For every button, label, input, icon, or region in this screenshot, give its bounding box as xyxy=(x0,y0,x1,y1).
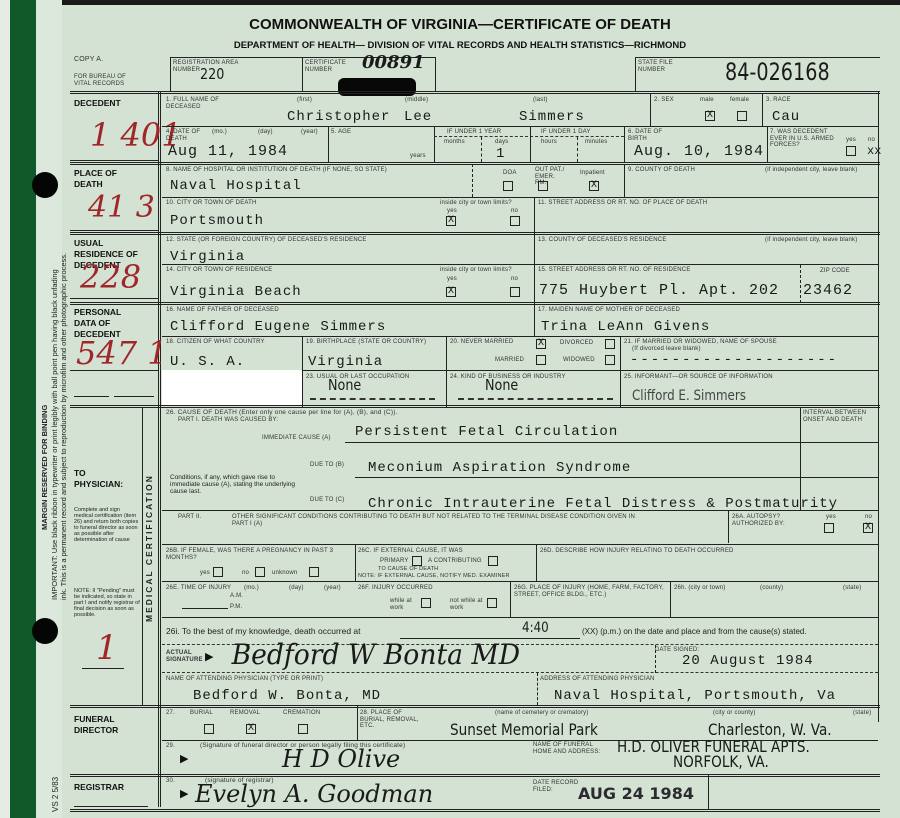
divider xyxy=(624,164,625,197)
cause-b-value: Meconium Aspiration Syndrome xyxy=(368,460,631,476)
divider xyxy=(70,298,158,299)
form-code: VS 2 5/83 xyxy=(51,777,60,812)
pm-label: P.M. xyxy=(230,604,242,611)
no-label: no xyxy=(511,208,518,215)
actual-signature-label: ACTUAL SIGNATURE xyxy=(166,650,206,663)
no-label: no xyxy=(868,137,875,144)
section-place-of-death: PLACE OF DEATH xyxy=(74,168,134,190)
external-cause-label: 26c. IF EXTERNAL CAUSE, IT WAS xyxy=(358,548,463,555)
divider xyxy=(355,477,800,478)
divider xyxy=(70,405,880,408)
date-signed-value: 20 August 1984 xyxy=(682,653,814,669)
part1-label: PART I. DEATH WAS CAUSED BY: xyxy=(178,417,278,424)
armed-forces-no-mark[interactable]: xx xyxy=(867,144,881,158)
not-while-at-work-checkbox[interactable] xyxy=(487,598,497,608)
decedent-first-name: Christopher xyxy=(287,109,390,125)
divider xyxy=(534,197,535,232)
divider xyxy=(74,396,109,397)
divider xyxy=(650,94,651,127)
yes-label: yes xyxy=(826,514,836,521)
city-of-death-label: 10. CITY OR TOWN OF DEATH xyxy=(166,200,257,207)
age-days-value: 1 xyxy=(496,146,505,162)
birthplace-value: Virginia xyxy=(308,354,383,370)
divider xyxy=(534,303,535,337)
divider xyxy=(302,337,303,407)
registrar-signature: Evelyn A. Goodman xyxy=(195,780,433,808)
contributing-checkbox[interactable] xyxy=(488,556,498,566)
pending-note: NOTE: II "Pending" must be indicated, so… xyxy=(74,588,140,618)
divider xyxy=(355,545,356,582)
copy-label: COPY A. xyxy=(74,57,103,64)
divider xyxy=(114,396,154,397)
informant-label: 25. INFORMANT—OR SOURCE OF INFORMATION xyxy=(624,374,773,381)
primary-checkbox[interactable] xyxy=(412,556,422,566)
divider xyxy=(82,668,124,669)
year-label: (year) xyxy=(324,585,341,592)
residence-city-limits-label: inside city or town limits? xyxy=(440,267,512,274)
middle-label: (middle) xyxy=(405,97,428,104)
injury-occurred-label: 26f. INJURY OCCURRED xyxy=(358,585,433,592)
scan-edge xyxy=(0,0,900,5)
city-of-death-value: Portsmouth xyxy=(170,213,264,229)
doa-checkbox[interactable] xyxy=(503,181,513,191)
cremation-checkbox[interactable] xyxy=(298,724,308,734)
important-note-2: ink. This is a permanent record and subj… xyxy=(59,253,68,600)
am-label: A.M. xyxy=(230,593,243,600)
section-funeral-director: FUNERAL DIRECTOR xyxy=(74,714,134,736)
hospital-label: 8. NAME OF HOSPITAL OR INSTITUTION OF DE… xyxy=(166,167,387,174)
city-limits-label: inside city or town limits? xyxy=(440,200,512,207)
disposition-label: 27. xyxy=(166,710,175,717)
divider xyxy=(481,137,482,162)
section-decedent: DECEDENT xyxy=(74,98,121,109)
arrow-right-icon: ▶ xyxy=(205,650,213,663)
date-of-death-label: 4. DATE OF DEATH xyxy=(166,129,211,142)
mo-label: (mo.) xyxy=(212,129,227,136)
due-to-b-label: DUE TO (B) xyxy=(310,462,344,469)
pregnancy-no-label: no xyxy=(242,570,249,577)
divider xyxy=(158,92,161,807)
injury-state-label: (state) xyxy=(843,585,861,592)
divider xyxy=(70,809,880,812)
county-of-death-label: 9. COUNTY OF DEATH xyxy=(628,167,695,174)
father-value: Clifford Eugene Simmers xyxy=(170,319,386,335)
physician-address-value: Naval Hospital, Portsmouth, Va xyxy=(554,688,836,704)
divider xyxy=(162,197,878,198)
divider xyxy=(70,774,880,777)
informant-value: Clifford E. Simmers xyxy=(632,388,746,404)
no-label: no xyxy=(865,514,872,521)
divider xyxy=(70,230,158,231)
whiteout-area xyxy=(162,370,302,405)
divider xyxy=(162,264,878,265)
divider xyxy=(800,407,801,510)
hours-label: hours xyxy=(541,139,557,146)
zip-label: ZIP CODE xyxy=(820,268,850,275)
mother-value: Trina LeAnn Givens xyxy=(541,319,710,335)
pregnancy-unknown-label: unknown xyxy=(272,570,297,577)
injury-county-label: (county) xyxy=(760,585,783,592)
outpatient-checkbox[interactable] xyxy=(538,181,548,191)
under-1-day-label: IF UNDER 1 DAY xyxy=(541,129,591,136)
physician-signature: Bedford W Bonta MD xyxy=(232,638,520,671)
sex-female-checkbox[interactable] xyxy=(737,111,747,121)
autopsy-label: 26a. AUTOPSY? AUTHORIZED BY: xyxy=(732,514,802,527)
divider xyxy=(345,442,800,443)
decedent-last-name: Simmers xyxy=(519,109,585,125)
state-label: (state) xyxy=(853,710,871,717)
pregnancy-yes-checkbox[interactable] xyxy=(213,567,223,577)
death-city-limits-yes-checkbox[interactable]: X xyxy=(446,216,456,226)
divider xyxy=(162,544,878,545)
knowledge-statement: 26i. To the best of my knowledge, death … xyxy=(166,628,361,635)
pregnancy-unknown-checkbox[interactable] xyxy=(309,567,319,577)
margin-code-personal: 547 1 xyxy=(76,334,168,372)
part2-text: OTHER SIGNIFICANT CONDITIONS CONTRIBUTIN… xyxy=(232,514,652,527)
residence-city-limits-yes-checkbox[interactable]: X xyxy=(446,287,456,297)
divider xyxy=(170,57,171,91)
place-of-burial-label: 28. PLACE OF BURIAL, REMOVAL, ETC. xyxy=(360,710,420,730)
divider xyxy=(434,127,435,162)
interval-label: INTERVAL BETWEEN ONSET AND DEATH xyxy=(803,410,873,423)
primary-label: PRIMARY xyxy=(380,558,409,565)
decedent-middle-name: Lee xyxy=(404,109,432,125)
residence-county-label: 13. COUNTY OF DECEASED'S RESIDENCE xyxy=(538,237,667,244)
cemetery-label: (name of cemetery or crematory) xyxy=(495,710,589,717)
divider xyxy=(74,806,148,807)
knowledge-suffix: (XX) (p.m.) on the date and place and fr… xyxy=(582,628,807,635)
divider xyxy=(310,398,435,400)
certificate-subtitle: DEPARTMENT OF HEALTH— DIVISION OF VITAL … xyxy=(0,40,900,51)
physician-address-label: ADDRESS OF ATTENDING PHYSICIAN xyxy=(540,676,655,683)
divider xyxy=(70,705,880,708)
divider xyxy=(800,442,878,443)
divider xyxy=(162,126,878,127)
divider xyxy=(536,545,537,582)
race-value: Cau xyxy=(772,109,800,125)
dob-value: Aug. 10, 1984 xyxy=(634,143,764,160)
race-label: 3. RACE xyxy=(766,97,791,104)
city-county-label: (city or county) xyxy=(713,710,756,717)
place-of-injury-label: 26g. PLACE OF INJURY (home, farm, factor… xyxy=(514,585,664,598)
sex-male-checkbox[interactable]: X xyxy=(705,111,715,121)
citizen-value: U. S. A. xyxy=(170,354,245,370)
autopsy-yes-checkbox[interactable] xyxy=(824,523,834,533)
funeral-home-address: NORFOLK, VA. xyxy=(673,752,769,771)
yes-label: yes xyxy=(447,276,457,283)
residence-county-note: (if independent city, leave blank) xyxy=(765,237,857,244)
binding-note: MARGIN RESERVED FOR BINDING xyxy=(40,405,49,530)
spouse-label: 21. IF MARRIED OR WIDOWED, NAME OF SPOUS… xyxy=(624,339,777,346)
residence-state-label: 12. STATE (OR FOREIGN COUNTRY) OF DECEAS… xyxy=(166,237,367,244)
divider xyxy=(434,136,624,137)
months-label: months xyxy=(444,139,465,146)
while-at-work-label: while at work xyxy=(390,598,420,611)
never-married-label: 20. NEVER MARRIED xyxy=(450,339,513,346)
divider xyxy=(767,127,768,162)
pregnancy-yes-label: yes xyxy=(200,570,210,577)
section-to-physician: TO PHYSICIAN: xyxy=(74,468,134,490)
business-value: None xyxy=(485,376,518,394)
registrar-signature-number: 30. xyxy=(166,778,175,785)
residence-street-label: 15. STREET ADDRESS OR RT. NO. OF RESIDEN… xyxy=(538,267,691,274)
divider xyxy=(162,672,878,673)
residence-street-value: 775 Huybert Pl. Apt. 202 xyxy=(539,282,779,299)
spouse-value: -------------------- xyxy=(630,352,838,368)
full-name-label: 1. FULL NAME OF DECEASED xyxy=(166,97,236,110)
divider xyxy=(530,127,531,162)
divider xyxy=(472,164,473,197)
divider xyxy=(446,337,447,407)
mother-label: 17. MAIDEN NAME OF MOTHER OF DECEASED xyxy=(538,307,680,314)
day-label: (day) xyxy=(258,129,273,136)
divorced-checkbox[interactable] xyxy=(605,339,615,349)
residence-city-limits-no-checkbox[interactable] xyxy=(510,287,520,297)
certificate-number-label: CERTIFICATE NUMBER xyxy=(305,60,350,73)
sex-label: 2. SEX xyxy=(654,97,674,104)
age-label: 5. AGE xyxy=(331,129,351,136)
removal-label: REMOVAL xyxy=(230,710,260,717)
copy-note: FOR BUREAU OF VITAL RECORDS xyxy=(74,74,134,88)
yes-label: yes xyxy=(447,208,457,215)
divider xyxy=(800,265,801,303)
while-at-work-checkbox[interactable] xyxy=(421,598,431,608)
burial-label: BURIAL xyxy=(190,710,213,717)
certificate-number: 00891 xyxy=(362,52,425,73)
punch-hole-bottom xyxy=(32,618,58,644)
divider xyxy=(624,127,625,162)
no-label: no xyxy=(511,276,518,283)
immediate-cause-label: IMMEDIATE CAUSE (A) xyxy=(262,435,331,442)
residence-state-value: Virginia xyxy=(170,249,245,265)
county-note: (if independent city, leave blank) xyxy=(765,167,857,174)
margin-code-place: 41 3 xyxy=(88,190,155,225)
divider xyxy=(70,91,880,94)
arrow-right-icon: ▶ xyxy=(180,752,188,765)
under-1-year-label: IF UNDER 1 YEAR xyxy=(447,129,501,136)
years-label: years xyxy=(410,153,426,160)
physician-name-label: NAME OF ATTENDING PHYSICIAN (Type or Pri… xyxy=(166,676,323,683)
to-cause-label: TO CAUSE OF DEATH xyxy=(378,566,438,573)
zip-value: 23462 xyxy=(803,282,853,299)
death-certificate: MARGIN RESERVED FOR BINDING IMPORTANT: U… xyxy=(0,0,900,818)
death-city-limits-no-checkbox[interactable] xyxy=(510,216,520,226)
punch-hole-top xyxy=(32,172,58,198)
divider xyxy=(728,511,729,543)
divider xyxy=(670,582,671,617)
divider xyxy=(302,370,878,371)
citizen-label: 18. CITIZEN OF WHAT COUNTRY xyxy=(166,339,265,346)
conditions-note: Conditions, if any, which gave rise to i… xyxy=(170,474,295,495)
physician-name-value: Bedford W. Bonta, MD xyxy=(193,688,381,704)
dob-label: 6. DATE OF BIRTH xyxy=(628,129,668,142)
physician-instructions: Complete and sign medical certification … xyxy=(74,507,140,543)
autopsy-no-checkbox[interactable]: X xyxy=(863,523,873,533)
green-binding-stripe xyxy=(10,0,36,818)
divider xyxy=(302,57,303,91)
widowed-label: WIDOWED xyxy=(563,357,595,364)
pregnancy-no-checkbox[interactable] xyxy=(255,567,265,577)
divider xyxy=(635,57,636,91)
hospital-value: Naval Hospital xyxy=(170,178,302,194)
married-checkbox[interactable] xyxy=(536,355,546,365)
divorced-label: DIVORCED xyxy=(560,340,593,347)
divider xyxy=(162,510,878,511)
burial-checkbox[interactable] xyxy=(204,724,214,734)
divider xyxy=(357,706,358,740)
divider xyxy=(620,337,621,407)
divider xyxy=(800,477,878,478)
female-label: female xyxy=(730,97,749,104)
date-of-death-value: Aug 11, 1984 xyxy=(168,143,288,160)
divider xyxy=(458,398,613,400)
arrow-right-icon: ▶ xyxy=(180,787,188,800)
divider xyxy=(577,137,578,162)
divider xyxy=(70,160,158,161)
external-note: NOTE: IF EXTERNAL CAUSE, NOTIFY MED. EXA… xyxy=(358,573,510,580)
inpatient-checkbox[interactable]: X xyxy=(589,181,599,191)
divider xyxy=(162,336,878,337)
divider xyxy=(70,370,158,371)
death-street-label: 11. STREET ADDRESS OR RT. NO. OF PLACE O… xyxy=(538,200,707,207)
first-label: (first) xyxy=(297,97,312,104)
doa-label: DOA xyxy=(503,170,517,177)
margin-code-medical: 1 xyxy=(96,628,118,668)
armed-forces-yes-checkbox[interactable] xyxy=(846,146,856,156)
occupation-value: None xyxy=(328,376,361,394)
cremation-label: CREMATION xyxy=(283,710,320,717)
funeral-director-signature: H D Olive xyxy=(282,745,400,773)
divider xyxy=(328,127,329,162)
cause-label: 26. CAUSE OF DEATH (Enter only one cause… xyxy=(166,410,398,417)
divider xyxy=(182,608,228,609)
never-married-checkbox[interactable]: X xyxy=(536,339,546,349)
cause-a-value: Persistent Fetal Circulation xyxy=(355,424,618,440)
part2-label: PART II. xyxy=(178,514,202,521)
divider xyxy=(162,617,878,618)
section-registrar: REGISTRAR xyxy=(74,782,124,793)
armed-forces-label: 7. WAS DECEDENT EVER IN U.S. ARMED FORCE… xyxy=(770,129,840,149)
removal-checkbox[interactable]: X xyxy=(246,724,256,734)
cemetery-value: Sunset Memorial Park xyxy=(450,720,598,739)
divider xyxy=(537,673,538,705)
divider xyxy=(510,582,511,617)
funeral-home-label: NAME OF FUNERAL HOME AND ADDRESS: xyxy=(533,742,613,755)
registration-area-number: 220 xyxy=(200,65,224,83)
divider xyxy=(534,233,535,303)
funeral-signature-number: 29. xyxy=(166,743,175,750)
inpatient-label: Inpatient xyxy=(580,170,605,177)
married-label: MARRIED xyxy=(495,357,524,364)
left-edge xyxy=(0,0,10,818)
divider xyxy=(435,57,436,91)
divider xyxy=(762,94,763,127)
injury-city-label: 26h. (city or town) xyxy=(674,585,725,592)
year-label: (year) xyxy=(301,129,318,136)
margin-code-residence: 228 xyxy=(80,258,141,296)
male-label: male xyxy=(700,97,714,104)
birthplace-label: 19. BIRTHPLACE (state or country) xyxy=(306,339,426,346)
certificate-title: COMMONWEALTH OF VIRGINIA—CERTIFICATE OF … xyxy=(0,16,900,33)
residence-city-label: 14. CITY OR TOWN OF RESIDENCE xyxy=(166,267,273,274)
medical-certification-vertical-label: MEDICAL CERTIFICATION xyxy=(144,474,154,622)
divider xyxy=(142,407,143,705)
residence-city-value: Virginia Beach xyxy=(170,284,302,300)
divider xyxy=(70,162,880,165)
divider xyxy=(162,581,878,582)
contributing-label: A CONTRIBUTING xyxy=(428,558,482,565)
last-label: (last) xyxy=(533,97,548,104)
yes-label: yes xyxy=(846,137,856,144)
date-filed-stamp: AUG 24 1984 xyxy=(578,784,694,803)
minutes-label: minutes xyxy=(585,139,607,146)
time-of-injury-label: 26e. TIME OF INJURY xyxy=(166,585,231,592)
divider xyxy=(655,645,656,673)
time-of-death-value: 4:40 xyxy=(522,620,549,636)
day-label: (day) xyxy=(289,585,304,592)
important-note-1: IMPORTANT: Use black ribbon in typewrite… xyxy=(50,269,59,600)
days-label: days xyxy=(495,139,508,146)
state-file-number: 84-026168 xyxy=(725,58,830,86)
divider xyxy=(708,775,709,810)
describe-injury-label: 26d. DESCRIBE HOW INJURY RELATING TO DEA… xyxy=(540,548,734,555)
father-label: 16. NAME OF FATHER OF DECEASED xyxy=(166,307,279,314)
pregnancy-label: 26b. IF FEMALE, WAS THERE A PREGNANCY IN… xyxy=(166,548,346,561)
divider xyxy=(70,302,880,305)
mo-label: (mo.) xyxy=(244,585,259,592)
due-to-c-label: DUE TO (C) xyxy=(310,497,344,504)
state-file-label: STATE FILE NUMBER xyxy=(638,60,688,73)
divider xyxy=(70,232,880,235)
widowed-checkbox[interactable] xyxy=(605,355,615,365)
not-while-at-work-label: not while at work xyxy=(450,598,485,611)
